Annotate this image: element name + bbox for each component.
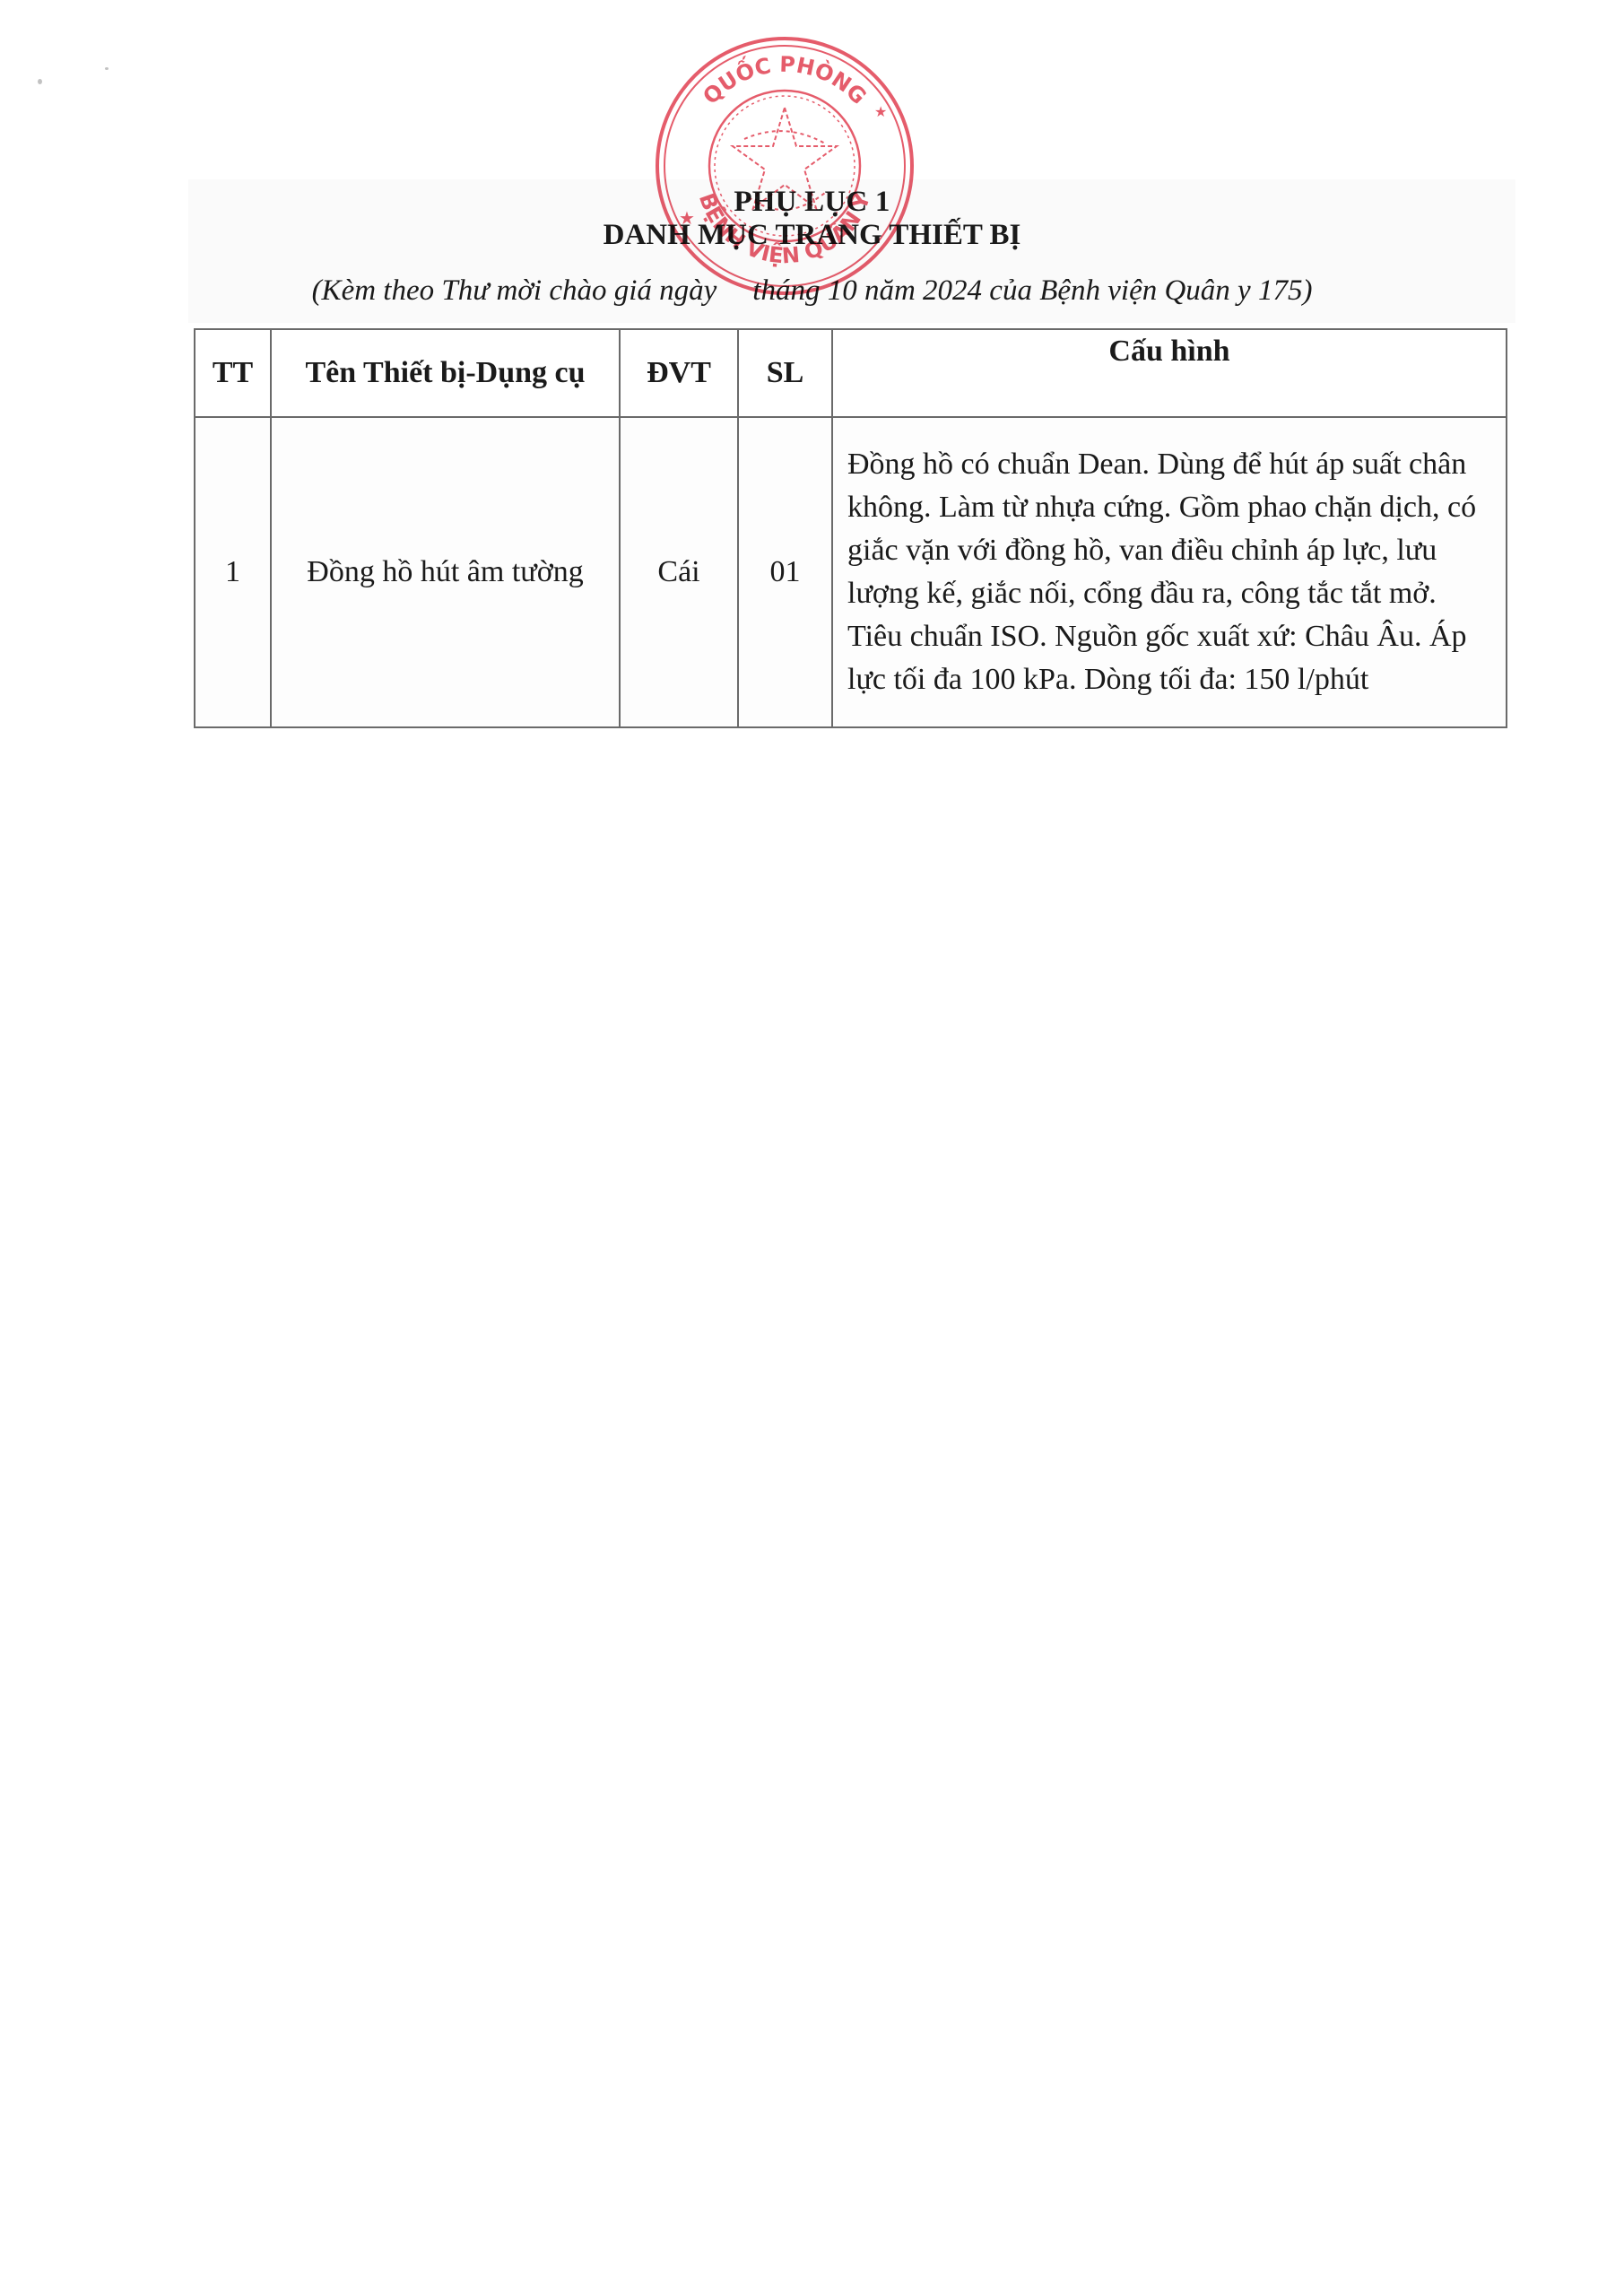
equipment-table: TT Tên Thiết bị-Dụng cụ ĐVT SL Cấu hình … [194,328,1507,728]
table-header-row: TT Tên Thiết bị-Dụng cụ ĐVT SL Cấu hình [195,329,1507,417]
cell-name: Đồng hồ hút âm tường [271,417,620,727]
cell-unit: Cái [620,417,738,727]
header-qty: SL [738,329,832,417]
scan-speck [38,79,42,84]
scan-speck [105,67,109,70]
appendix-title: PHỤ LỤC 1 [0,186,1624,219]
subtitle-part-2: tháng 10 năm 2024 của Bệnh viện Quân y 1… [752,274,1312,307]
cell-config: Đồng hồ có chuẩn Dean. Dùng để hút áp su… [832,417,1507,727]
header-tt: TT [195,329,271,417]
header-config: Cấu hình [832,329,1507,417]
stamp-star-icon: ★ [874,103,887,120]
header-name: Tên Thiết bị-Dụng cụ [271,329,620,417]
cell-tt: 1 [195,417,271,727]
table-row: 1 Đồng hồ hút âm tường Cái 01 Đồng hồ có… [195,417,1507,727]
subtitle-part-1: (Kèm theo Thư mời chào giá ngày [312,274,717,307]
stamp-top-text: QUỐC PHÒNG [698,52,871,109]
document-subtitle: (Kèm theo Thư mời chào giá ngàytháng 10 … [0,274,1624,308]
header-unit: ĐVT [620,329,738,417]
cell-qty: 01 [738,417,832,727]
document-title: DANH MỤC TRANG THIẾT BỊ [0,219,1624,252]
